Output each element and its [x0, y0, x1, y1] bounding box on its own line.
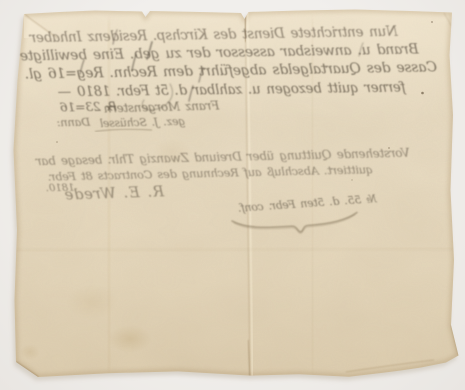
paper-texture	[14, 10, 459, 378]
stain	[152, 138, 192, 166]
stain	[108, 325, 152, 353]
photo-canvas: Nun entrichtete Dienst des Kirchsp. Resi…	[0, 0, 465, 390]
paper-sheet	[0, 0, 465, 390]
stain	[20, 344, 40, 360]
stain	[66, 284, 118, 320]
